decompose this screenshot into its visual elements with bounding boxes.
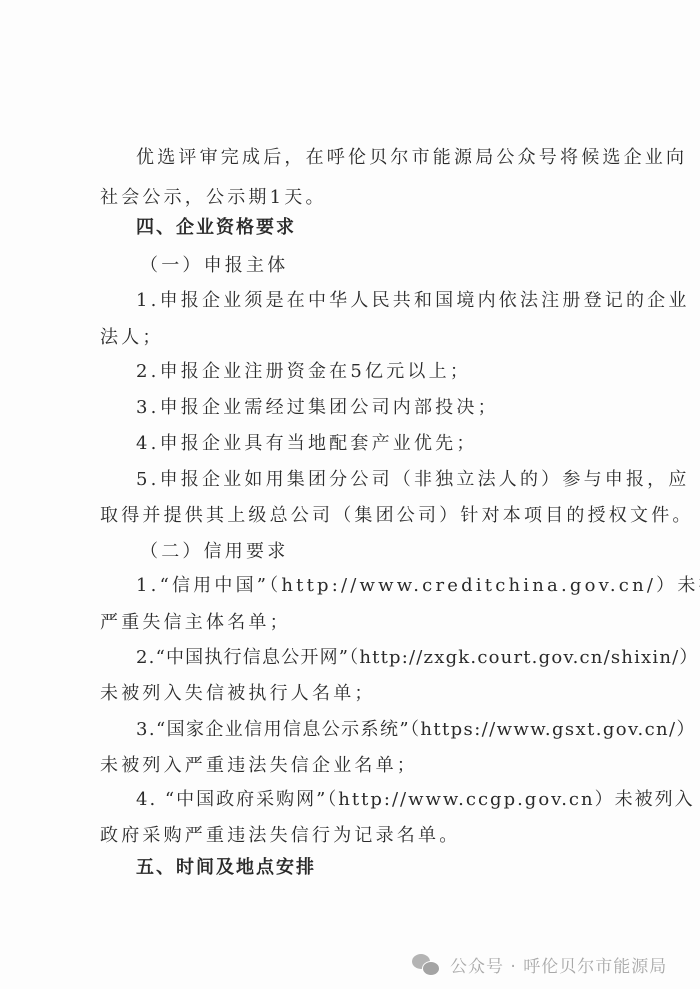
paragraph-publicity-cont: 社会公示，公示期1天。 — [100, 186, 327, 210]
requirement-3: 3.申报企业需经过集团公司内部投决； — [136, 396, 499, 420]
subheading-credit: （二）信用要求 — [140, 540, 288, 564]
credit-2: 2.“中国执行信息公开网”（http://zxgk.court.gov.cn/s… — [136, 646, 699, 670]
credit-4: 4. “中国政府采购网”（http://www.ccgp.gov.cn）未被列入 — [136, 788, 695, 812]
subheading-applicant: （一）申报主体 — [140, 254, 288, 278]
section-heading-4: 四、企业资格要求 — [136, 216, 296, 240]
document-page: 优选评审完成后，在呼伦贝尔市能源局公众号将候选企业向 社会公示，公示期1天。 四… — [0, 0, 700, 989]
requirement-1-cont: 法人； — [100, 326, 164, 350]
credit-4-cont: 政府采购严重违法失信行为记录名单。 — [100, 824, 460, 848]
watermark-text: 公众号 · 呼伦贝尔市能源局 — [450, 952, 667, 977]
wechat-watermark: 公众号 · 呼伦贝尔市能源局 — [412, 952, 667, 977]
section-heading-5: 五、时间及地点安排 — [136, 856, 316, 880]
requirement-2: 2.申报企业注册资金在5亿元以上； — [136, 360, 471, 384]
credit-3-cont: 未被列入严重违法失信企业名单； — [100, 754, 418, 778]
paragraph-publicity: 优选评审完成后，在呼伦贝尔市能源局公众号将候选企业向 — [136, 146, 687, 170]
credit-3: 3.“国家企业信用信息公示系统”（https://www.gsxt.gov.cn… — [136, 718, 696, 742]
requirement-4: 4.申报企业具有当地配套产业优先； — [136, 432, 478, 456]
credit-2-cont: 未被列入失信被执行人名单； — [100, 682, 376, 706]
credit-1-cont: 严重失信主体名单； — [100, 611, 291, 635]
requirement-5: 5.申报企业如用集团分公司（非独立法人的）参与申报，应 — [136, 468, 690, 492]
wechat-icon — [412, 954, 442, 976]
requirement-5-cont: 取得并提供其上级总公司（集团公司）针对本项目的授权文件。 — [100, 504, 694, 528]
requirement-1: 1.申报企业须是在中华人民共和国境内依法注册登记的企业 — [136, 289, 690, 313]
credit-1: 1.“信用中国”（http://www.creditchina.gov.cn/）… — [136, 574, 700, 598]
